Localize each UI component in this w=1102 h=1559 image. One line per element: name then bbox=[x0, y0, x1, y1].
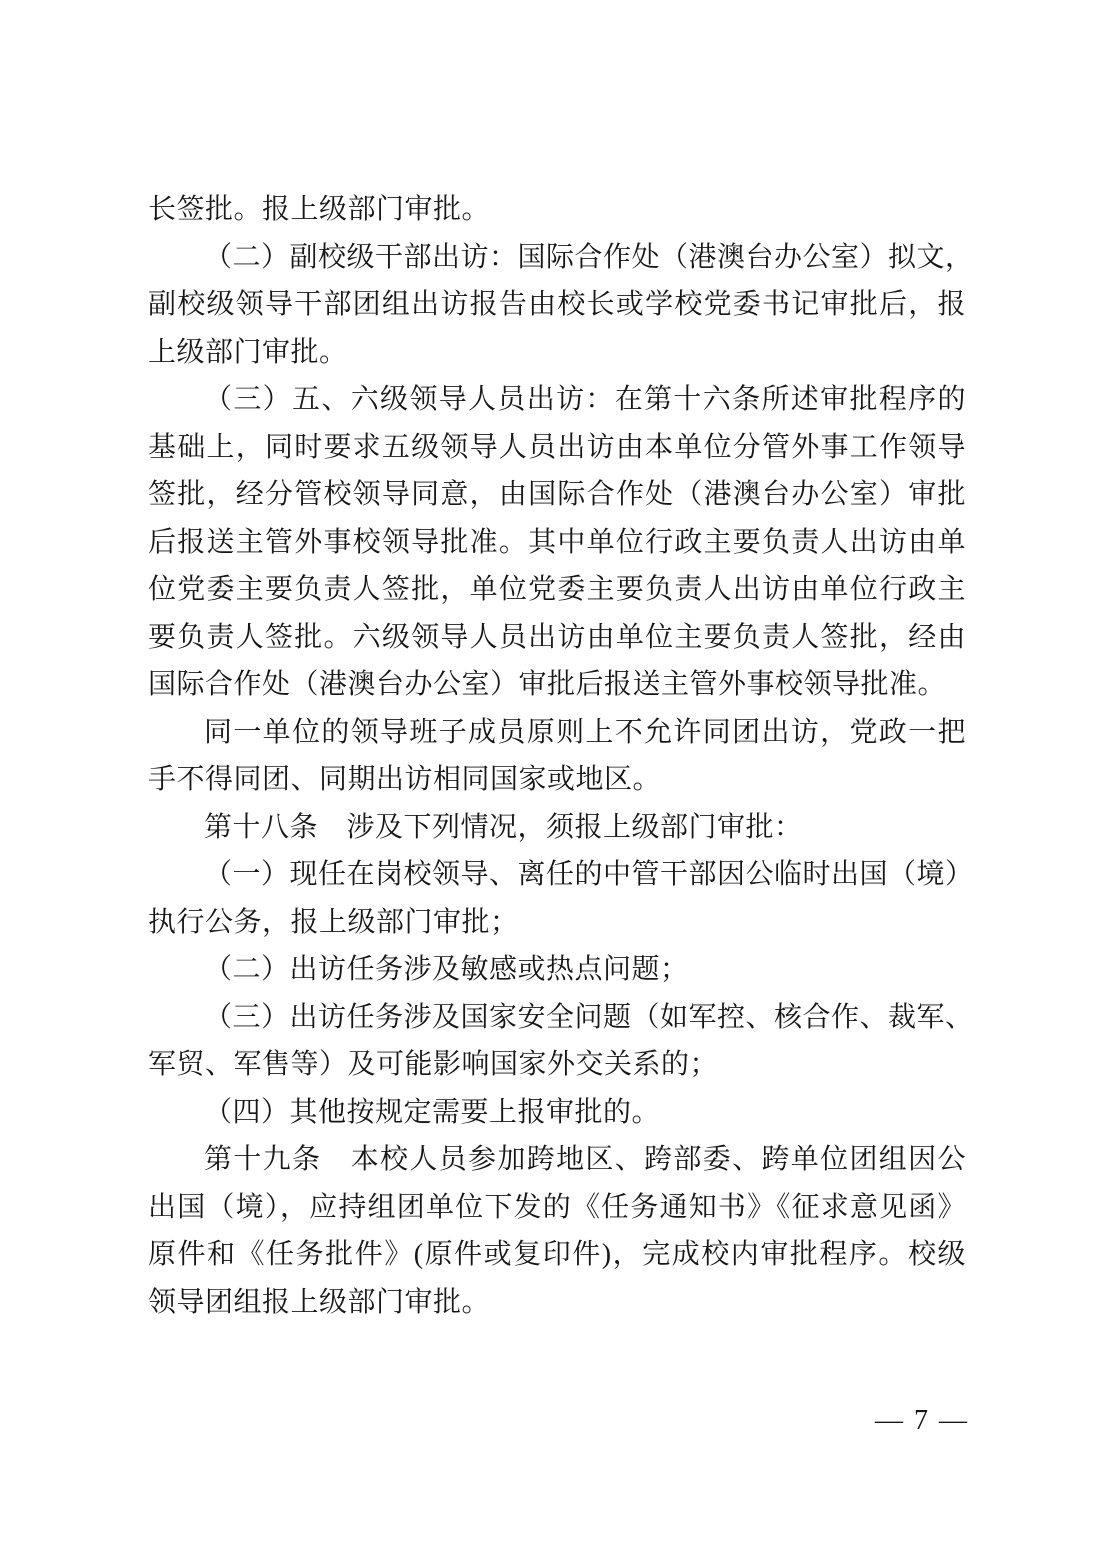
document-line: 上级部门审批。 bbox=[148, 329, 966, 377]
document-line: 手不得同团、同期出访相同国家或地区。 bbox=[148, 756, 966, 804]
document-line: 后报送主管外事校领导批准。其中单位行政主要负责人出访由单 bbox=[148, 519, 966, 567]
document-line: 第十八条 涉及下列情况，须报上级部门审批： bbox=[148, 804, 966, 852]
document-line: 军贸、军售等）及可能影响国家外交关系的； bbox=[148, 1041, 966, 1089]
document-line: 位党委主要负责人签批，单位党委主要负责人出访由单位行政主 bbox=[148, 566, 966, 614]
document-line: 执行公务，报上级部门审批； bbox=[148, 899, 966, 947]
document-line: 同一单位的领导班子成员原则上不允许同团出访，党政一把 bbox=[148, 709, 966, 757]
document-line: 出国（境），应持组团单位下发的《任务通知书》《征求意见函》 bbox=[148, 1184, 966, 1232]
document-line: （三）出访任务涉及国家安全问题（如军控、核合作、裁军、 bbox=[148, 994, 966, 1042]
document-line: 原件和《任务批件》(原件或复印件)，完成校内审批程序。校级 bbox=[148, 1231, 966, 1279]
document-line: 领导团组报上级部门审批。 bbox=[148, 1279, 966, 1327]
document-line: （四）其他按规定需要上报审批的。 bbox=[148, 1089, 966, 1137]
document-line: 国际合作处（港澳台办公室）审批后报送主管外事校领导批准。 bbox=[148, 661, 966, 709]
document-line: 要负责人签批。六级领导人员出访由单位主要负责人签批，经由 bbox=[148, 614, 966, 662]
document-line: 第十九条 本校人员参加跨地区、跨部委、跨单位团组因公 bbox=[148, 1136, 966, 1184]
page-number: — 7 — bbox=[875, 1401, 969, 1441]
document-line: 长签批。报上级部门审批。 bbox=[148, 186, 966, 234]
document-line: （三）五、六级领导人员出访：在第十六条所述审批程序的 bbox=[148, 376, 966, 424]
document-line: （二）副校级干部出访：国际合作处（港澳台办公室）拟文， bbox=[148, 234, 966, 282]
document-line: 副校级领导干部团组出访报告由校长或学校党委书记审批后，报 bbox=[148, 281, 966, 329]
document-page: 长签批。报上级部门审批。（二）副校级干部出访：国际合作处（港澳台办公室）拟文，副… bbox=[0, 0, 1102, 1559]
document-line: （二）出访任务涉及敏感或热点问题； bbox=[148, 946, 966, 994]
document-line: 基础上，同时要求五级领导人员出访由本单位分管外事工作领导 bbox=[148, 424, 966, 472]
document-body: 长签批。报上级部门审批。（二）副校级干部出访：国际合作处（港澳台办公室）拟文，副… bbox=[148, 186, 966, 1326]
document-line: 签批，经分管校领导同意，由国际合作处（港澳台办公室）审批 bbox=[148, 471, 966, 519]
document-line: （一）现任在岗校领导、离任的中管干部因公临时出国（境） bbox=[148, 851, 966, 899]
